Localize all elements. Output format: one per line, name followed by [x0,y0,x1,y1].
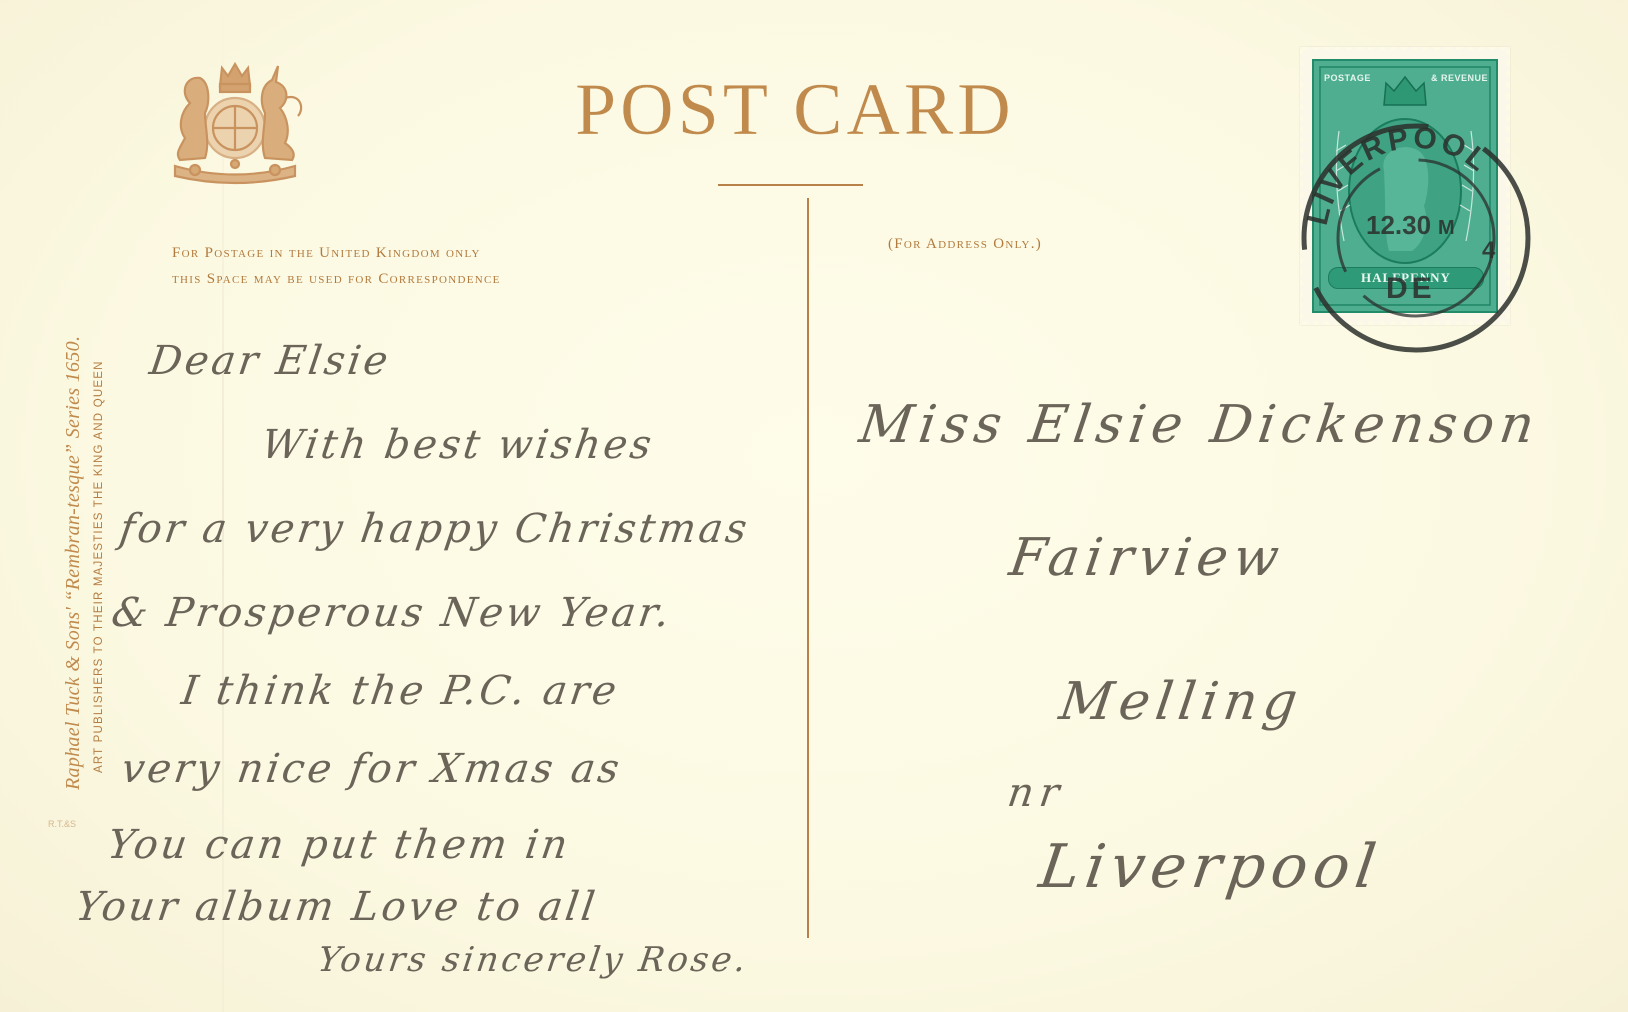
message-line: Dear Elsie [147,338,394,384]
instruction-line-1: For Postage in the United Kingdom only [172,240,752,266]
publisher-easel-logo-icon: R.T.&S [48,820,70,838]
halfpenny-stamp: POSTAGE & REVENUE HALFPENNY [1300,47,1510,325]
center-divider-line [807,198,809,938]
message-line: With best wishes [259,422,657,468]
instruction-line-2: this Space may be used for Correspondenc… [172,266,752,292]
address-name: Miss Elsie Dickenson [856,395,1544,455]
correspondence-instruction: For Postage in the United Kingdom only t… [172,240,752,292]
address-village: Melling [1056,672,1307,732]
stamp-value-banner: HALFPENNY [1328,267,1484,289]
message-line: very nice for Xmas as [119,746,625,792]
publisher-imprint: Raphael Tuck & Sons' “Rembran-tesque” Se… [20,0,100,1012]
message-line: for a very happy Christmas [117,506,753,552]
postcard-title: POST CARD [575,68,1015,153]
address-city: Liverpool [1035,832,1386,902]
publisher-warrant-text: ART PUBLISHERS TO THEIR MAJESTIES THE KI… [93,360,105,773]
message-line: Your album Love to all [73,884,601,930]
stamp-design: POSTAGE & REVENUE HALFPENNY [1312,59,1498,313]
publisher-series-text: Raphael Tuck & Sons' “Rembran-tesque” Se… [62,336,85,790]
royal-coat-of-arms-icon [160,58,310,188]
message-line: You can put them in [105,822,574,868]
address-near: nr [1005,770,1068,816]
stamp-revenue-text: & REVENUE [1431,73,1488,83]
message-line: & Prosperous New Year. [109,590,675,636]
address-house: Fairview [1006,528,1289,588]
address-only-label: (For Address Only.) [888,236,1042,253]
stamp-postage-text: POSTAGE [1324,73,1371,83]
postcard-back: Raphael Tuck & Sons' “Rembran-tesque” Se… [0,0,1628,1012]
title-underline [718,184,863,186]
message-signature: Yours sincerely Rose. [315,940,751,980]
message-line: I think the P.C. are [179,668,622,714]
